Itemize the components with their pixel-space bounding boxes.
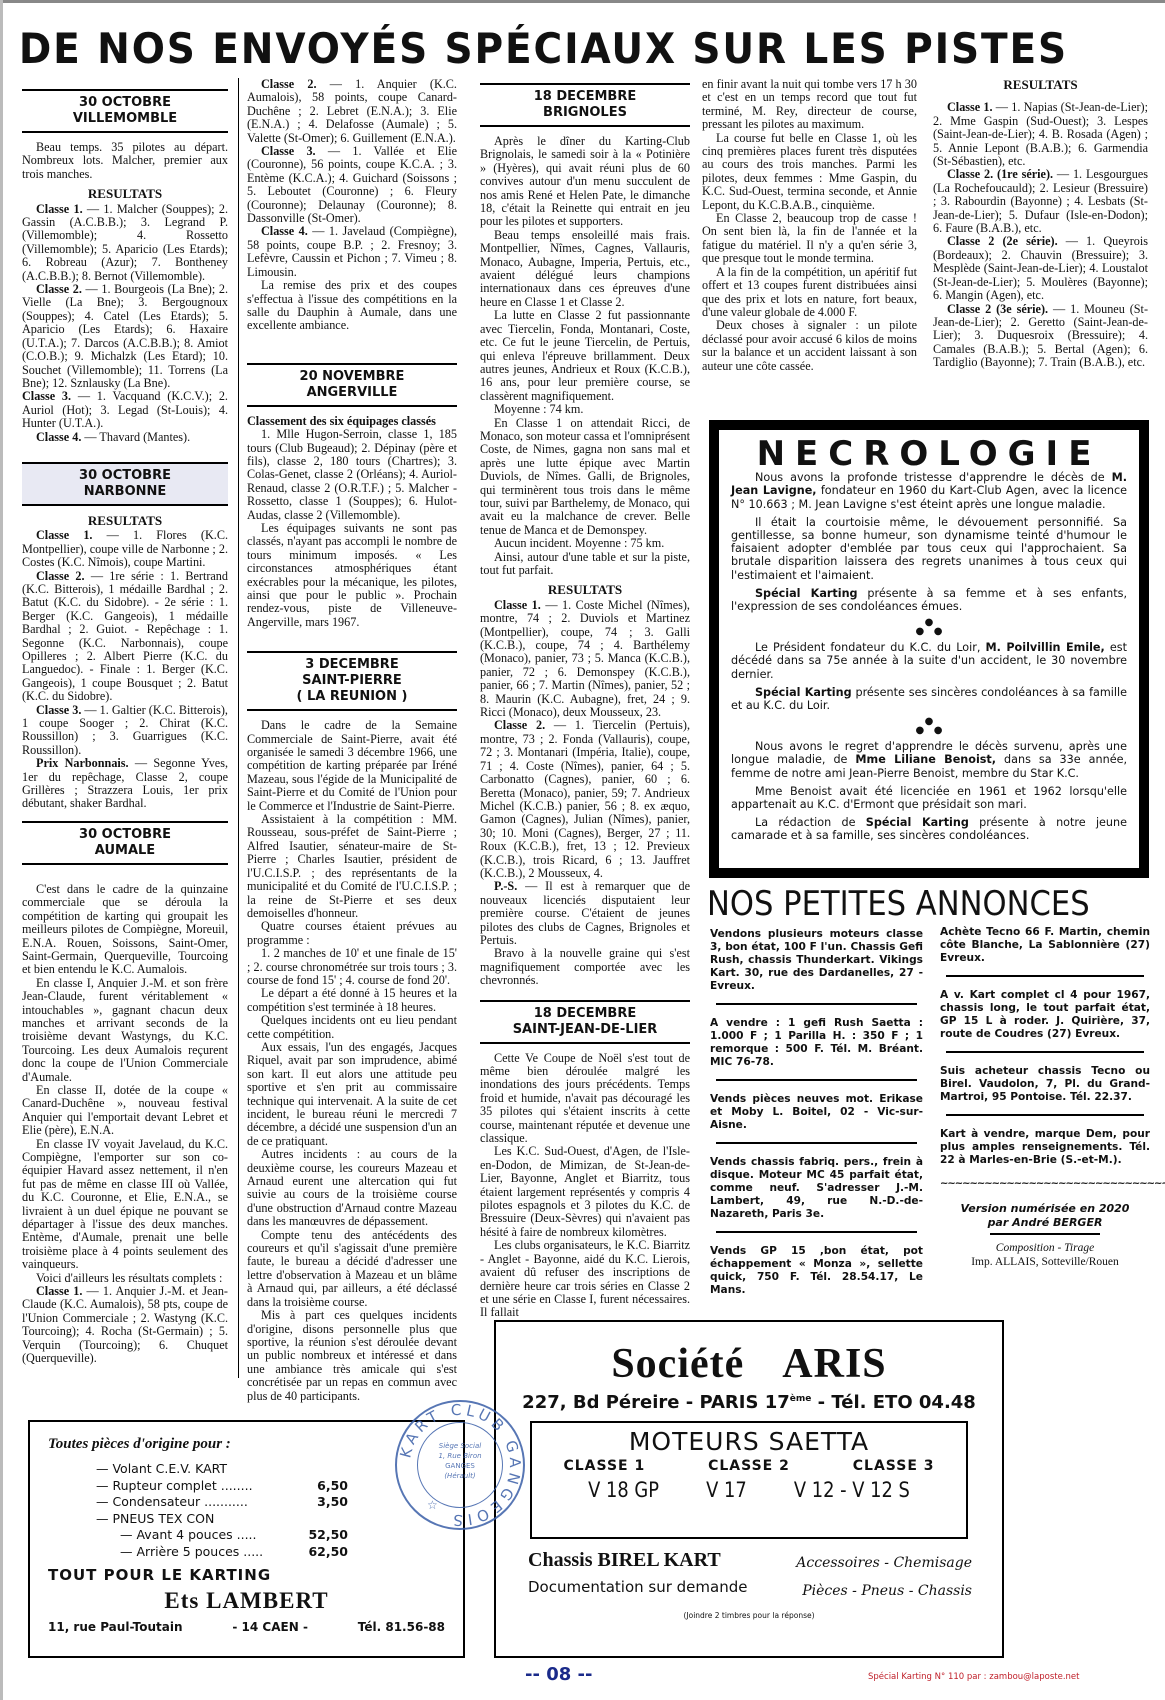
classifieds-title: NOS PETITES ANNONCES <box>707 884 1108 924</box>
text: Classe 2. (1re série). <box>947 167 1053 181</box>
text: 62,50 <box>288 1544 348 1561</box>
text: V 12 - V 12 S <box>794 1478 910 1502</box>
classified-ad: Vendons plusieurs moteurs classe 3, bon … <box>710 928 923 993</box>
text: Mme Benoist avait été licenciée en 1961 … <box>731 785 1127 811</box>
paragraph: Les K.C. Sud-Ouest, d'Agen, de l'Isle-en… <box>480 1145 690 1239</box>
price-row: — Arrière 5 pouces .....62,50 <box>48 1544 445 1561</box>
paragraph: Aucun incident. Moyenne : 75 km. <box>480 537 690 550</box>
result-line: Classe 2 (2e série). — 1. Queyrois (Bord… <box>933 235 1148 302</box>
company-address: 11, rue Paul-Toutain - 14 CAEN - Tél. 81… <box>48 1620 445 1634</box>
result-line: Classe 2. — 1. Anquier (K.C. Aumalois), … <box>247 78 457 145</box>
separator-dots-icon: ●● ● <box>731 717 1127 735</box>
text: Classe 1. <box>947 100 993 114</box>
paragraph: Quelques incidents ont eu lieu pendant c… <box>247 1014 457 1041</box>
paragraph: En Classe 2, beaucoup trop de casse ! On… <box>702 212 917 266</box>
chassis-brand: Chassis BIREL KART <box>528 1549 747 1572</box>
result-line: Prix Narbonnais. — Segonne Yves, 1er du … <box>22 757 228 811</box>
column-4: en finir avant la nuit qui tombe vers 17… <box>702 78 917 373</box>
paragraph: Bravo à la nouvelle graine qui s'est mag… <box>480 947 690 987</box>
price-row: — Rupteur complet ........6,50 <box>48 1478 445 1495</box>
text: Accessoires - Chemisage <box>796 1549 972 1577</box>
text: Classe 4. <box>36 430 81 444</box>
text: — PNEUS TEX CON <box>48 1511 288 1528</box>
text: (Hérault) <box>418 1471 502 1481</box>
company-name: SociétéARIS <box>496 1340 1002 1388</box>
text: Classe 1. <box>36 1284 82 1298</box>
classified-ad: Suis acheteur chassis Tecno ou Birel. Va… <box>940 1065 1150 1104</box>
classified-ad: A vendre : 1 gefi Rush Saetta : 1.000 F … <box>710 1017 923 1069</box>
text: Société <box>611 1341 744 1387</box>
text: Mme Liliane Benoist, <box>855 753 996 766</box>
text: Classe 2. <box>36 569 85 583</box>
text: CLASSE 3 <box>853 1458 935 1474</box>
result-line: Classe 1. — 1. Malcher (Souppes); 2. Gas… <box>22 203 228 283</box>
section-header-angerville: 20 NOVEMBRE ANGERVILLE <box>247 363 457 407</box>
result-line: Classe 1. — 1. Anquier J.-M. et Jean-Cla… <box>22 1285 228 1365</box>
text: M. Poilvillin Emile, <box>986 641 1105 654</box>
top-border <box>0 0 1165 3</box>
text: Tél. 81.56-88 <box>358 1620 445 1634</box>
text: VILLEMOMBLE <box>22 111 228 127</box>
text: Classe 2. <box>494 718 545 732</box>
text: Classe 2 (2e série). <box>947 234 1058 248</box>
company-address: 227, Bd Péreire - PARIS 17ème - Tél. ETO… <box>496 1392 1002 1413</box>
text: Documentation sur demande <box>528 1578 747 1596</box>
paragraph: Aux essais, l'un des engagés, Jacques Ri… <box>247 1041 457 1148</box>
text: 1, Rue Biron <box>418 1451 502 1461</box>
text: NARBONNE <box>22 484 228 500</box>
result-line: P.-S. — Il est à remarquer que de nouvea… <box>480 880 690 947</box>
star-icon: ☆ <box>427 1498 438 1512</box>
text: 3,50 <box>288 1494 348 1511</box>
text <box>288 1461 348 1478</box>
classified-ad: A v. Kart complet cl 4 pour 1967, chassi… <box>940 989 1150 1041</box>
text: — 1. Coste Michel (Nîmes), montre, 74 ; … <box>480 598 690 719</box>
column-2: Classe 2. — 1. Anquier (K.C. Aumalois), … <box>247 78 457 1403</box>
result-line: Classe 1. — 1. Flores (K.C. Montpellier)… <box>22 529 228 569</box>
text: Pièces - Pneus - Chassis <box>796 1577 972 1605</box>
paragraph: La lutte en Classe 2 fut passionnante av… <box>480 309 690 403</box>
results-title: RESULTATS <box>933 78 1148 91</box>
text: Prix Narbonnais. <box>36 756 129 770</box>
results-title: RESULTATS <box>22 187 228 200</box>
subhead: Classement des six équipages classés <box>247 415 457 428</box>
text: Spécial Karting <box>866 816 969 829</box>
result-line: Classe 4. — 1. Javelaud (Compiègne), 58 … <box>247 225 457 279</box>
text: Classe 3. <box>22 389 71 403</box>
paragraph: Moyenne : 74 km. <box>480 403 690 416</box>
result-line: Classe 1. — 1. Napias (St-Jean-de-Lier);… <box>933 101 1148 168</box>
text: Classe 4. <box>261 224 308 238</box>
text <box>288 1511 348 1528</box>
imprint: Imp. ALLAIS, Sotteville/Rouen <box>940 1255 1150 1269</box>
text: Classe 1. <box>36 202 83 216</box>
text: ( LA REUNION ) <box>247 689 457 705</box>
classifieds-right: Achète Tecno 66 F. Martin, chemin côte B… <box>940 926 1150 1269</box>
price-row: — PNEUS TEX CON <box>48 1511 445 1528</box>
text: ANGERVILLE <box>247 385 457 401</box>
result-line: Classe 2. — 1. Tiercelin (Pertuis), mont… <box>480 719 690 880</box>
paragraph: En Classe 1 on attendait Ricci, de Monac… <box>480 417 690 538</box>
text: - 14 CAEN - <box>232 1620 308 1634</box>
result-line: Classe 3. — 1. Vallée et Elie (Couronne)… <box>247 145 457 225</box>
text: Classe 3. <box>261 144 316 158</box>
text: 11, rue Paul-Toutain <box>48 1620 183 1634</box>
page-masthead: DE NOS ENVOYÉS SPÉCIAUX SUR LES PISTES <box>18 24 1069 73</box>
divider <box>990 1233 1100 1235</box>
paragraph: En classe IV voyait Javelaud, du K.C. Co… <box>22 1138 228 1272</box>
ad-tagline: TOUT POUR LE KARTING <box>48 1566 445 1584</box>
paragraph: La course fut belle en Classe 1, où les … <box>702 132 917 212</box>
paragraph: Beau temps ensoleillé mais frais. Montpe… <box>480 229 690 309</box>
column-3: 18 DECEMBRE BRIGNOLES Après le dîner du … <box>480 83 690 1320</box>
text: — 1re série : 1. Bertrand (K.C. Bitteroi… <box>22 569 228 704</box>
necrology-box: NECROLOGIE Nous avons la profonde triste… <box>709 420 1149 878</box>
text: - Tél. ETO 04.48 <box>811 1392 975 1413</box>
column-rule <box>238 78 239 1378</box>
paragraph: Voici d'ailleurs les résultats complets … <box>22 1272 228 1285</box>
paragraph: A la fin de la compétition, un apéritif … <box>702 266 917 320</box>
text: Siège Social <box>418 1441 502 1451</box>
text: Classe 2. <box>261 77 317 91</box>
text: (Joindre 2 timbres pour la réponse) <box>496 1611 1002 1620</box>
text: MOTEURS SAETTA <box>532 1427 966 1456</box>
text: 227, Bd Péreire - PARIS 17 <box>522 1392 790 1413</box>
imprint: Composition - Tirage <box>940 1241 1150 1255</box>
necrology-title: NECROLOGIE <box>731 448 1127 461</box>
digitization-credit: Version numérisée en 2020 <box>940 1202 1150 1216</box>
text: Classe 1. <box>36 528 92 542</box>
column-1: 30 OCTOBRE VILLEMOMBLE Beau temps. 35 pi… <box>22 83 228 1366</box>
text: CLASSE 1 <box>563 1458 645 1474</box>
text: 30 OCTOBRE <box>22 95 228 111</box>
paragraph: Dans le cadre de la Semaine Commerciale … <box>247 719 457 813</box>
parts-price-list: — Volant C.E.V. KART — Rupteur complet .… <box>48 1461 445 1560</box>
text: BRIGNOLES <box>480 105 690 121</box>
paragraph: 1. 2 manches de 10' et une finale de 15'… <box>247 947 457 987</box>
paragraph: en finir avant la nuit qui tombe vers 17… <box>702 78 917 132</box>
price-row: — Volant C.E.V. KART <box>48 1461 445 1478</box>
classified-ad: Vends GP 15 ,bon état, pot échappement «… <box>710 1245 923 1297</box>
paragraph: Cette Ve Coupe de Noël s'est tout de mêm… <box>480 1052 690 1146</box>
text: GANGES <box>418 1461 502 1471</box>
classified-ad: Vends pièces neuves mot. Erikase et Moby… <box>710 1093 923 1132</box>
section-header-aumale: 30 OCTOBRE AUMALE <box>22 821 228 865</box>
paragraph: Compte tenu des antécédents des coureurs… <box>247 1229 457 1309</box>
text: V 17 <box>706 1478 747 1502</box>
text: Spécial Karting <box>755 587 858 600</box>
result-line: Classe 3. — 1. Vacquand (K.C.V.); 2. Aur… <box>22 390 228 430</box>
text: 18 DECEMBRE <box>480 1006 690 1022</box>
section-header-narbonne: 30 OCTOBRE NARBONNE <box>22 462 228 506</box>
text: — Thavard (Mantes). <box>81 430 190 444</box>
result-line: Classe 1. — 1. Coste Michel (Nîmes), mon… <box>480 599 690 720</box>
price-row: — Condensateur ...........3,50 <box>48 1494 445 1511</box>
separator-dots-icon: ●● ● <box>731 618 1127 636</box>
engines-box: MOTEURS SAETTA CLASSE 1CLASSE 2CLASSE 3 … <box>530 1421 968 1539</box>
text: La rédaction de <box>755 816 866 829</box>
section-header-saint-jean: 18 DECEMBRE SAINT-JEAN-DE-LIER <box>480 1000 690 1044</box>
classified-ad: Vends chassis fabriq. pers., frein à dis… <box>710 1156 923 1221</box>
result-line: Classe 2. — 1re série : 1. Bertrand (K.C… <box>22 570 228 704</box>
classifieds-left: Vendons plusieurs moteurs classe 3, bon … <box>710 928 923 1307</box>
paragraph: Autres incidents : au cours de la deuxiè… <box>247 1148 457 1228</box>
paragraph: En classe II, dotée de la coupe « Canard… <box>22 1084 228 1138</box>
footer-credit: Spécial Karting N° 110 par : zambou@lapo… <box>868 1672 1079 1682</box>
page-number: -- 08 -- <box>525 1664 592 1685</box>
text: — Avant 4 pouces ..... <box>48 1527 288 1544</box>
paragraph: Mis à part ces quelques incidents d'orig… <box>247 1309 457 1403</box>
text: — Arrière 5 pouces ..... <box>48 1544 288 1561</box>
paragraph: Quatre courses étaient prévues au progra… <box>247 920 457 947</box>
text: Spécial Karting <box>755 686 852 699</box>
text: 30 OCTOBRE <box>22 827 228 843</box>
result-line: Classe 2 (3e série). — 1. Mouneu (St-Jea… <box>933 303 1148 370</box>
text: 3 DECEMBRE <box>247 657 457 673</box>
section-header-saint-pierre: 3 DECEMBRE SAINT-PIERRE ( LA REUNION ) <box>247 651 457 711</box>
text: CLASSE 2 <box>708 1458 790 1474</box>
text: ème <box>790 1394 812 1404</box>
digitization-credit: par André BERGER <box>940 1216 1150 1230</box>
paragraph: Le départ a été donné à 15 heures et la … <box>247 987 457 1014</box>
section-header-brignoles: 18 DECEMBRE BRIGNOLES <box>480 83 690 127</box>
wavy-divider: ~~~~~~~~~~~~~~~~~~~~~~~~~~~~~~~~~~~~~ <box>940 1177 1150 1190</box>
result-line: Classe 3. — 1. Galtier (K.C. Bitterois),… <box>22 704 228 758</box>
paragraph: Après le dîner du Karting-Club Brignolai… <box>480 135 690 229</box>
text: Il était la courtoisie même, le dévoueme… <box>731 516 1127 582</box>
text: V 18 GP <box>588 1478 659 1502</box>
paragraph: Les clubs organisateurs, le K.C. Biarrit… <box>480 1239 690 1319</box>
results-title: RESULTATS <box>480 583 690 596</box>
text: Le Président fondateur du K.C. du Loir, <box>755 641 986 654</box>
text: Classe 3. <box>36 703 81 717</box>
paragraph: En classe I, Anquier J.-M. et son frère … <box>22 977 228 1084</box>
paragraph: Les équipages suivants ne sont pas class… <box>247 522 457 629</box>
text: — 1. Tiercelin (Pertuis), montre, 73 ; 2… <box>480 718 690 879</box>
text: Classe 2. <box>36 282 82 296</box>
text: 18 DECEMBRE <box>480 89 690 105</box>
text: SAINT-JEAN-DE-LIER <box>480 1022 690 1038</box>
text: SAINT-PIERRE <box>247 673 457 689</box>
text: Nous avons la profonde tristesse d'appre… <box>755 471 1112 484</box>
article-intro: Beau temps. 35 pilotes au départ. Nombre… <box>22 141 228 181</box>
column-5: RESULTATS Classe 1. — 1. Napias (St-Jean… <box>933 78 1148 370</box>
text: 30 OCTOBRE <box>22 468 228 484</box>
result-line: Classe 2. (1re série). — 1. Lesgourgues … <box>933 168 1148 235</box>
section-header-villemomble: 30 OCTOBRE VILLEMOMBLE <box>22 89 228 133</box>
text: — 1. Bourgeois (La Bne); 2. Vielle (La B… <box>22 282 228 390</box>
ad-intro: Toutes pièces d'origine pour : <box>48 1436 445 1453</box>
text: — Volant C.E.V. KART <box>48 1461 288 1478</box>
text: 6,50 <box>288 1478 348 1495</box>
paragraph: Ainsi, autour d'une table et sur la pist… <box>480 551 690 578</box>
text: P.-S. <box>494 879 517 893</box>
text: 20 NOVEMBRE <box>247 369 457 385</box>
company-name: Ets LAMBERT <box>48 1588 445 1614</box>
paragraph: C'est dans le cadre de la quinzaine comm… <box>22 883 228 977</box>
text: AUMALE <box>22 843 228 859</box>
product-list: Accessoires - Chemisage Pièces - Pneus -… <box>796 1549 972 1605</box>
aris-advertisement: SociétéARIS 227, Bd Péreire - PARIS 17èm… <box>494 1320 1004 1658</box>
text: ARIS <box>782 1341 886 1387</box>
left-border <box>0 0 3 1700</box>
result-line: Classe 4. — Thavard (Mantes). <box>22 431 228 444</box>
club-stamp-icon: KART CLUB GANGEOIS Siège Social 1, Rue B… <box>395 1400 525 1530</box>
price-row: — Avant 4 pouces .....52,50 <box>48 1527 445 1544</box>
classified-ad: Kart à vendre, marque Dem, pour plus amp… <box>940 1128 1150 1167</box>
paragraph: 1. Mlle Hugon-Serroin, classe 1, 185 tou… <box>247 428 457 522</box>
results-title: RESULTATS <box>22 514 228 527</box>
paragraph: La remise des prix et des coupes s'effec… <box>247 279 457 333</box>
text: Classe 1. <box>494 598 541 612</box>
text: 52,50 <box>288 1527 348 1544</box>
text: — Rupteur complet ........ <box>48 1478 288 1495</box>
text: — Condensateur ........... <box>48 1494 288 1511</box>
result-line: Classe 2. — 1. Bourgeois (La Bne); 2. Vi… <box>22 283 228 390</box>
classified-ad: Achète Tecno 66 F. Martin, chemin côte B… <box>940 926 1150 965</box>
paragraph: Deux choses à signaler : un pilote décla… <box>702 319 917 373</box>
text: Classe 2 (3e série). <box>947 302 1048 316</box>
paragraph: Assistaient à la compétition : MM. Rouss… <box>247 813 457 920</box>
